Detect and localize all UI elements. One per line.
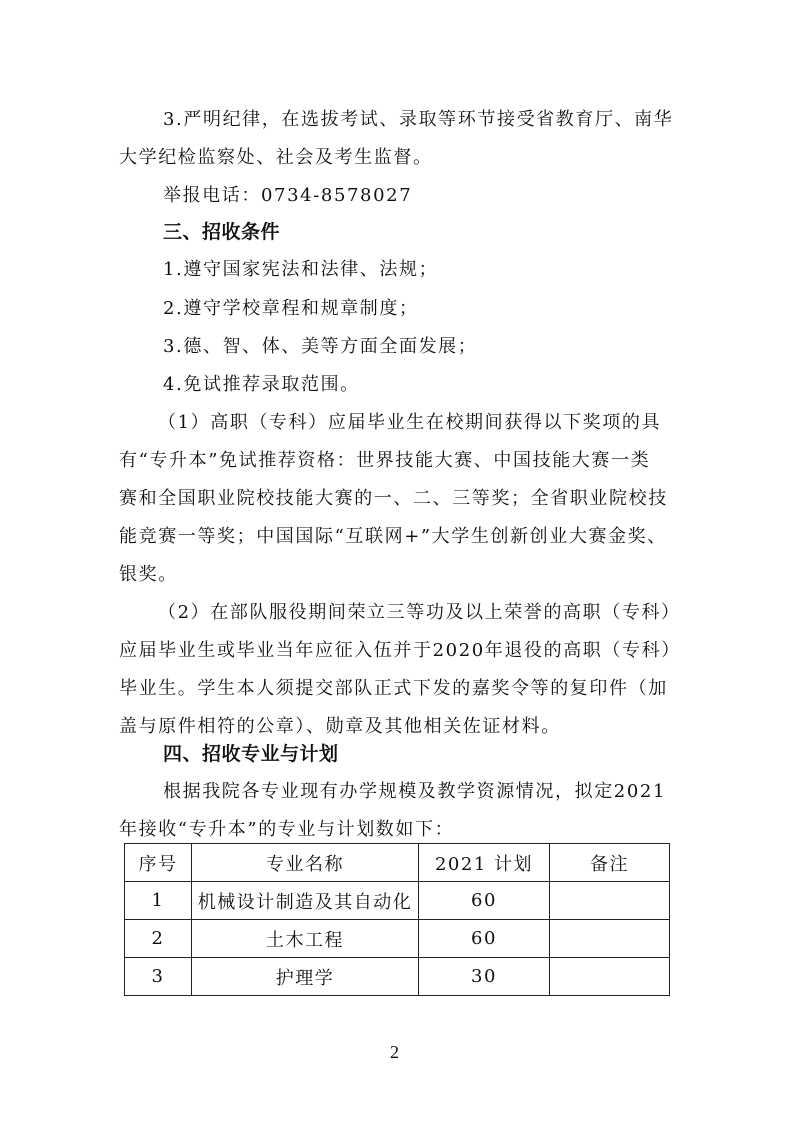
header-plan: 2021 计划 xyxy=(419,844,550,882)
header-remarks: 备注 xyxy=(550,844,670,882)
table-header-row: 序号 专业名称 2021 计划 备注 xyxy=(125,844,670,882)
row-index: 3 xyxy=(125,958,192,996)
para2-line2: 应届毕业生或毕业当年应征入伍并于2020年退役的高职（专科） xyxy=(119,639,681,663)
row-major: 护理学 xyxy=(192,958,419,996)
paragraph-discipline-line1: 3.严明纪律，在选拔考试、录取等环节接受省教育厅、南华 xyxy=(163,108,673,132)
para1-line2: 有“专升本”免试推荐资格：世界技能大赛、中国技能大赛一类 xyxy=(119,449,650,473)
section4-intro-line2: 年接收“专升本”的专业与计划数如下： xyxy=(119,818,454,842)
row-index: 2 xyxy=(125,920,192,958)
table-row: 2 土木工程 60 xyxy=(125,920,670,958)
para2-line4: 盖与原件相符的公章）、勋章及其他相关佐证材料。 xyxy=(119,715,561,739)
header-major: 专业名称 xyxy=(192,844,419,882)
header-index: 序号 xyxy=(125,844,192,882)
report-phone: 举报电话：0734-8578027 xyxy=(163,184,412,208)
row-remarks xyxy=(550,882,670,920)
row-plan: 60 xyxy=(419,920,550,958)
paragraph-discipline-line2: 大学纪检监察处、社会及考生监督。 xyxy=(119,146,433,170)
row-major: 机械设计制造及其自动化 xyxy=(192,882,419,920)
section-heading-3: 三、招收条件 xyxy=(163,220,280,244)
row-major: 土木工程 xyxy=(192,920,419,958)
para1-line4: 能竞赛一等奖；中国国际“互联网+”大学生创新创业大赛金奖、 xyxy=(119,525,667,549)
row-index: 1 xyxy=(125,882,192,920)
para1-line5: 银奖。 xyxy=(119,563,178,587)
table-row: 1 机械设计制造及其自动化 60 xyxy=(125,882,670,920)
condition-item-4: 4.免试推荐录取范围。 xyxy=(163,373,360,397)
page-number: 2 xyxy=(390,1042,399,1063)
condition-item-3: 3.德、智、体、美等方面全面发展； xyxy=(163,335,477,359)
para1-line3: 赛和全国职业院校技能大赛的一、二、三等奖；全省职业院校技 xyxy=(119,487,668,511)
para2-line3: 毕业生。学生本人须提交部队正式下发的嘉奖令等的复印件（加 xyxy=(119,677,668,701)
row-remarks xyxy=(550,958,670,996)
row-plan: 30 xyxy=(419,958,550,996)
table-row: 3 护理学 30 xyxy=(125,958,670,996)
section4-intro-line1: 根据我院各专业现有办学规模及教学资源情况，拟定2021 xyxy=(163,780,666,804)
para1-line1: （1）高职（专科）应届毕业生在校期间获得以下奖项的具 xyxy=(158,411,661,435)
section-heading-4: 四、招收专业与计划 xyxy=(163,742,339,766)
row-plan: 60 xyxy=(419,882,550,920)
row-remarks xyxy=(550,920,670,958)
para2-line1: （2）在部队服役期间荣立三等功及以上荣誉的高职（专科） xyxy=(158,601,681,625)
condition-item-1: 1.遵守国家宪法和法律、法规； xyxy=(163,258,438,282)
enrollment-plan-table: 序号 专业名称 2021 计划 备注 1 机械设计制造及其自动化 60 2 土木… xyxy=(124,843,670,996)
condition-item-2: 2.遵守学校章程和规章制度； xyxy=(163,297,419,321)
